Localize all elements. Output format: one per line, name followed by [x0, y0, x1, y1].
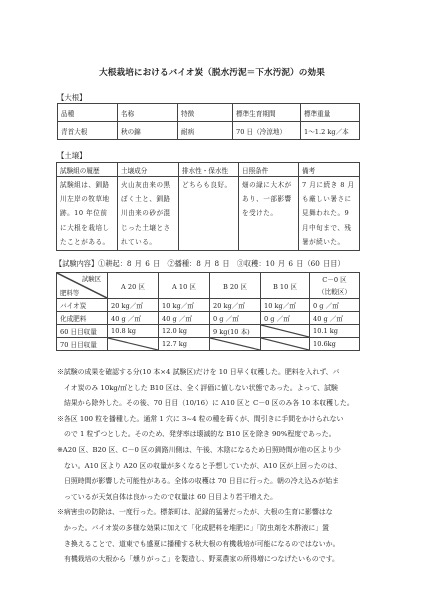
cell-growth-period: 70 日（冷涼地） [233, 122, 301, 140]
note-pest-control: ※病害虫の防除は、一度行った。標茶町は、記録的猛暑だったが、大根の生育に影響はな… [57, 505, 377, 567]
table-row: 70 日目収量 12.7 kg 10.6kg [57, 338, 360, 351]
table-header-row: 試験組の履歴 土壌成分 排水性・保水性 日照条件 備考 [57, 163, 360, 177]
header-cell: 名称 [118, 104, 178, 122]
row-label: 化成肥料 [57, 312, 108, 325]
cell-soil-composition: 火山灰由来の黒ぼく土と、釧路川由来の砂が混じった土壌とされている。 [118, 177, 179, 251]
table-row: バイオ炭 20 kg／㎡ 10 kg／㎡ 20 kg／㎡ 10 kg／㎡ 0 g… [57, 299, 360, 312]
row-label: バイオ炭 [57, 299, 108, 312]
note-line: ない。A10 区より A20 区の収量が多くなると予想していたが、A10 区が上… [57, 459, 377, 475]
cell-standard-weight: 1～1.2 kg／本 [301, 122, 360, 140]
note-line: イオ炭のみ 10kg/㎡とした B10 区は、全く評価に値しない状態であった。よ… [57, 381, 377, 397]
cell: 10.1 kg [310, 325, 360, 338]
cell: 12.0 kg [159, 325, 210, 338]
note-line: っているが天気自体は良かったので収量は 60 日目より若干増えた。 [57, 490, 377, 506]
note-sunlight: ※A20 区、B20 区、C－0 区の釧路川側は、午後、木陰になるため日照時間が… [57, 443, 377, 505]
note-line: ※A20 区、B20 区、C－0 区の釧路川側は、午後、木陰になるため日照時間が… [57, 443, 377, 459]
header-cell: 品種 [58, 104, 118, 122]
note-early-harvest: ※試験の成果を確認する分(10 本×4 試験区)だけを 10 日早く収穫した。肥… [57, 365, 377, 412]
cell: 10.8 kg [108, 325, 159, 338]
table-row: 60 日目収量 10.8 kg 12.0 kg 9 kg(10 本) 10.1 … [57, 325, 360, 338]
trial-table: 試験区 肥料等 A 20 区 A 10 区 B 20 区 B 10 区 C－0 … [56, 272, 360, 351]
table-row: 試験組は、釧路川左岸の牧草地跡。10 年位前に大根を栽培したことがある。 火山灰… [57, 177, 360, 251]
cell: 0 g ／㎡ [261, 312, 310, 325]
cell: 10 kg／㎡ [159, 299, 210, 312]
header-cell: 試験組の履歴 [57, 163, 118, 177]
note-line: かった。バイオ炭の多様な効果に加えて「化成肥料を堆肥に」「防虫剤を木酢液に」置 [57, 521, 377, 537]
daikon-table: 品種 名称 特徴 標準生育期間 標準重量 青首大根 秋の錦 耐病 70 日（冷涼… [57, 103, 360, 140]
header-cell: B 10 区 [261, 273, 310, 299]
soil-table: 試験組の履歴 土壌成分 排水性・保水性 日照条件 備考 試験組は、釧路川左岸の牧… [56, 162, 360, 251]
note-line: ※試験の成果を確認する分(10 本×4 試験区)だけを 10 日早く収穫した。肥… [57, 365, 377, 381]
header-cell: 標準生育期間 [233, 104, 301, 122]
corner-top-label: 試験区 [82, 274, 101, 283]
empty-slashed-cell [210, 338, 261, 351]
cell: 40 g ／㎡ [159, 312, 210, 325]
cell: 10.6kg [310, 338, 360, 351]
header-cell: 特徴 [178, 104, 233, 122]
control-label: C－0 区 [313, 274, 356, 286]
cell: 12.7 kg [159, 338, 210, 351]
note-line: き換えることで、道東でも盛夏に播種する秋大根の有機栽培が可能になるのではないか。 [57, 537, 377, 553]
cell: 40 g ／㎡ [108, 312, 159, 325]
cell-feature: 耐病 [178, 122, 233, 140]
note-line: 日照時間が影響した可能性がある。全体の収穫は 70 日目に行った。朝の冷え込みが… [57, 474, 377, 490]
empty-slashed-cell [261, 338, 310, 351]
trial-schedule-line: 【試験内容】①耕起：8 月 6 日 ②播種：8 月 8 日 ③収穫：10 月 6… [55, 259, 345, 269]
document-title: 大根栽培におけるバイオ炭（脱水汚泥＝下水汚泥）の効果 [0, 66, 424, 78]
cell: 20 kg／㎡ [210, 299, 261, 312]
cell-field-history: 試験組は、釧路川左岸の牧草地跡。10 年位前に大根を栽培したことがある。 [57, 177, 118, 251]
note-line: 結果から除外した。その後、70 日目（10/16）に A10 区と C－0 区の… [57, 396, 377, 412]
cell: 9 kg(10 本) [210, 325, 261, 338]
cell-drainage: どちらも良好。 [179, 177, 239, 251]
note-line: ※各区 100 粒を播種した。通常 1 穴に 3~4 粒の種を蒔くが、間引きに手… [57, 412, 377, 428]
diagonal-line-icon [210, 338, 260, 350]
corner-bottom-label: 肥料等 [60, 288, 79, 297]
header-cell: 排水性・保水性 [179, 163, 239, 177]
header-cell: A 20 区 [108, 273, 159, 299]
row-label: 60 日目収量 [57, 325, 108, 338]
cell-name: 秋の錦 [118, 122, 178, 140]
diagonal-line-icon [261, 325, 309, 337]
table-header-row: 試験区 肥料等 A 20 区 A 10 区 B 20 区 B 10 区 C－0 … [57, 273, 360, 299]
cell-sunlight: 畑の縁に大木があり、一部影響を受けた。 [239, 177, 299, 251]
cell: 40 g ／㎡ [310, 312, 360, 325]
cell: 0 g ／㎡ [210, 312, 261, 325]
table-header-row: 品種 名称 特徴 標準生育期間 標準重量 [58, 104, 360, 122]
corner-header-cell: 試験区 肥料等 [57, 273, 108, 299]
header-cell-control: C－0 区 （比較区） [310, 273, 360, 299]
table-row: 化成肥料 40 g ／㎡ 40 g ／㎡ 0 g ／㎡ 0 g ／㎡ 40 g … [57, 312, 360, 325]
header-cell: B 20 区 [210, 273, 261, 299]
header-cell: 備考 [299, 163, 360, 177]
daikon-section-label: 【大根】 [57, 92, 87, 103]
header-cell: A 10 区 [159, 273, 210, 299]
empty-slashed-cell [108, 338, 159, 351]
header-cell: 標準重量 [301, 104, 360, 122]
cell: 20 kg／㎡ [108, 299, 159, 312]
header-cell: 土壌成分 [118, 163, 179, 177]
note-line: ※病害虫の防除は、一度行った。標茶町は、記録的猛暑だったが、大根の生育に影響はな [57, 505, 377, 521]
cell-variety: 青首大根 [58, 122, 118, 140]
row-label: 70 日目収量 [57, 338, 108, 351]
table-row: 青首大根 秋の錦 耐病 70 日（冷涼地） 1～1.2 kg／本 [58, 122, 360, 140]
control-sublabel: （比較区） [313, 286, 356, 298]
note-line: 有機栽培の大根から「燻りがっこ」を製造し、野菜農家の所得増につなげたいものです。 [57, 552, 377, 568]
note-sowing: ※各区 100 粒を播種した。通常 1 穴に 3~4 粒の種を蒔くが、間引きに手… [57, 412, 377, 443]
cell: 0 g ／㎡ [310, 299, 360, 312]
header-cell: 日照条件 [239, 163, 299, 177]
cell: 10 kg／㎡ [261, 299, 310, 312]
cell-remarks: 7 月に続き 8 月も厳しい暑さに見舞われた。9 月中旬まで、残暑が続いた。 [299, 177, 360, 251]
diagonal-line-icon [108, 338, 158, 350]
empty-slashed-cell [261, 325, 310, 338]
diagonal-line-icon [261, 338, 309, 350]
soil-section-label: 【土壌】 [57, 150, 87, 161]
note-line: ので 1 粒ずつとした。そのため、発芽率は壊滅的な B10 区を除き 90%程度… [57, 427, 377, 443]
notes-section: ※試験の成果を確認する分(10 本×4 試験区)だけを 10 日早く収穫した。肥… [57, 365, 377, 568]
